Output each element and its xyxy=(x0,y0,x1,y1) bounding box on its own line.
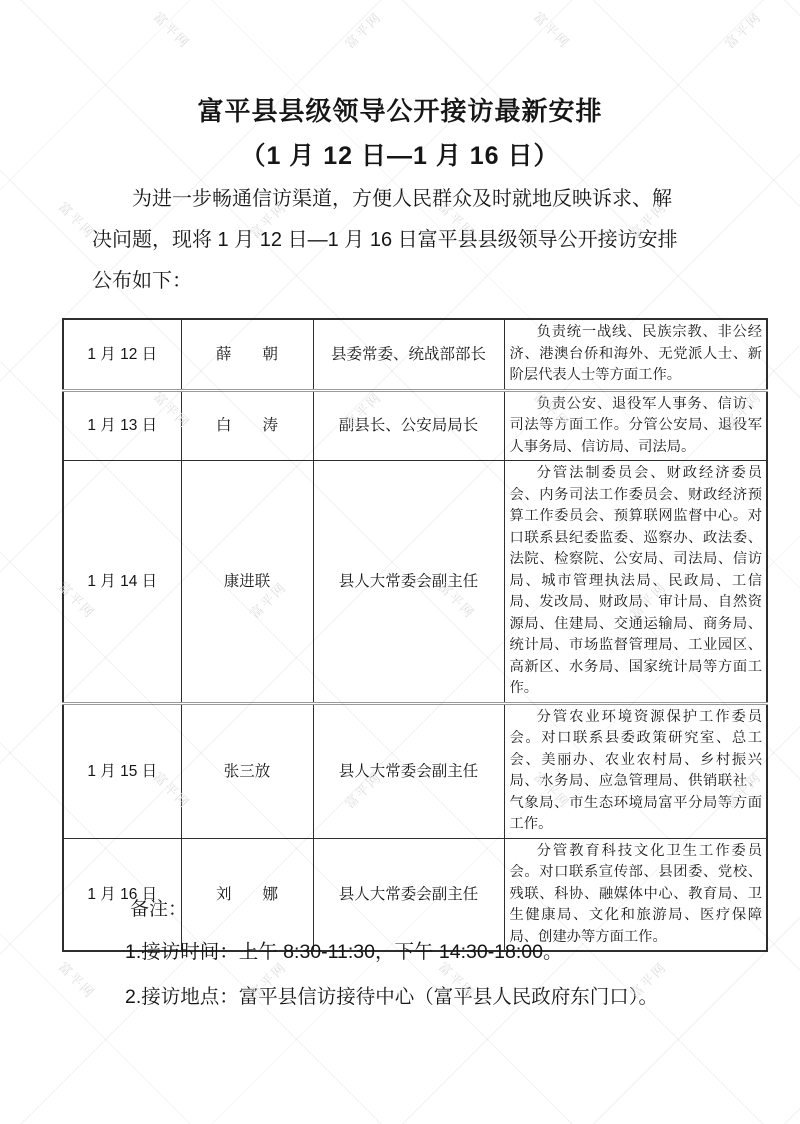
table-row: 1 月 14 日康进联县人大常委会副主任分管法制委员会、财政经济委员会、内务司法… xyxy=(63,461,767,704)
cell-duty: 负责公安、退役军人事务、信访、司法等方面工作。分管公安局、退役军人事务局、信访局… xyxy=(504,390,767,461)
cell-date: 1 月 15 日 xyxy=(63,703,181,838)
table-row: 1 月 12 日薛 朝县委常委、统战部部长负责统一战线、民族宗教、非公经济、港澳… xyxy=(63,319,767,390)
intro-line: 决问题，现将 1 月 12 日—1 月 16 日富平县县级领导公开接访安排 xyxy=(92,220,710,261)
intro-line: 为进一步畅通信访渠道，方便人民群众及时就地反映诉求、解 xyxy=(92,179,710,220)
notes-label: 备注： xyxy=(130,898,187,922)
document-content: 富平县县级领导公开接访最新安排 （1 月 12 日—1 月 16 日） 为进一步… xyxy=(0,0,800,1124)
cell-position: 县人大常委会副主任 xyxy=(313,703,504,838)
cell-position: 县人大常委会副主任 xyxy=(313,461,504,704)
cell-duty: 分管农业环境资源保护工作委员会。对口联系县委政策研究室、总工会、美丽办、农业农村… xyxy=(504,703,767,838)
cell-name: 薛 朝 xyxy=(181,319,313,390)
cell-position: 县委常委、统战部部长 xyxy=(313,319,504,390)
cell-name: 刘 娜 xyxy=(181,838,313,951)
note-item: 1.接访时间：上午 8:30-11:30，下午 14:30-18:00。 xyxy=(125,940,562,964)
table-row: 1 月 13 日白 涛副县长、公安局局长负责公安、退役军人事务、信访、司法等方面… xyxy=(63,390,767,461)
schedule-table-body: 1 月 12 日薛 朝县委常委、统战部部长负责统一战线、民族宗教、非公经济、港澳… xyxy=(63,319,767,951)
page: 富平县县级领导公开接访最新安排 （1 月 12 日—1 月 16 日） 为进一步… xyxy=(0,0,800,1124)
cell-duty: 分管教育科技文化卫生工作委员会。对口联系宣传部、县团委、党校、残联、科协、融媒体… xyxy=(504,838,767,951)
schedule-table: 1 月 12 日薛 朝县委常委、统战部部长负责统一战线、民族宗教、非公经济、港澳… xyxy=(62,318,768,952)
cell-duty: 负责统一战线、民族宗教、非公经济、港澳台侨和海外、无党派人士、新阶层代表人士等方… xyxy=(504,319,767,390)
page-title: 富平县县级领导公开接访最新安排 xyxy=(0,92,800,130)
table-row: 1 月 16 日刘 娜县人大常委会副主任分管教育科技文化卫生工作委员会。对口联系… xyxy=(63,838,767,951)
intro-line: 公布如下： xyxy=(92,261,710,302)
cell-date: 1 月 16 日 xyxy=(63,838,181,951)
note-item: 2.接访地点：富平县信访接待中心（富平县人民政府东门口）。 xyxy=(125,985,658,1009)
table-row: 1 月 15 日张三放县人大常委会副主任分管农业环境资源保护工作委员会。对口联系… xyxy=(63,703,767,838)
intro-paragraph: 为进一步畅通信访渠道，方便人民群众及时就地反映诉求、解 决问题，现将 1 月 1… xyxy=(92,179,710,302)
cell-name: 张三放 xyxy=(181,703,313,838)
cell-name: 康进联 xyxy=(181,461,313,704)
cell-date: 1 月 14 日 xyxy=(63,461,181,704)
cell-position: 县人大常委会副主任 xyxy=(313,838,504,951)
page-subtitle: （1 月 12 日—1 月 16 日） xyxy=(0,138,800,174)
cell-date: 1 月 12 日 xyxy=(63,319,181,390)
cell-date: 1 月 13 日 xyxy=(63,390,181,461)
cell-name: 白 涛 xyxy=(181,390,313,461)
cell-duty: 分管法制委员会、财政经济委员会、内务司法工作委员会、财政经济预算工作委员会、预算… xyxy=(504,461,767,704)
cell-position: 副县长、公安局局长 xyxy=(313,390,504,461)
